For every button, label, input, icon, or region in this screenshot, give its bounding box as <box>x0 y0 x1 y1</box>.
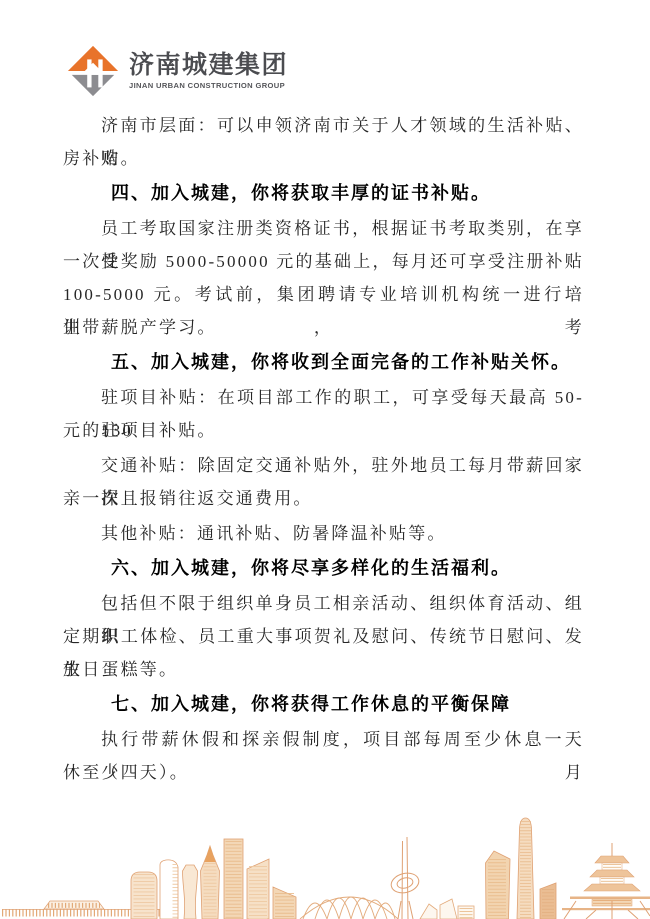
text-line: 生日蛋糕等。 <box>63 653 584 686</box>
section-heading: 五、加入城建，你将收到全面完备的工作补贴关怀。 <box>63 346 584 379</box>
text-line: 元的驻项目补贴。 <box>63 414 584 447</box>
paragraph: 包括但不限于组织单身员工相亲活动、组织体育活动、组织定期职工体检、员工重大事项贺… <box>63 587 584 686</box>
logo-text: 济南城建集团 JINAN URBAN CONSTRUCTION GROUP <box>129 51 288 91</box>
company-logo: 济南城建集团 JINAN URBAN CONSTRUCTION GROUP <box>66 44 288 98</box>
text-line: 定期职工体检、员工重大事项贺礼及慰问、传统节日慰问、发放 <box>63 620 584 653</box>
text-line: 其他补贴：通讯补贴、防暑降温补贴等。 <box>63 517 584 550</box>
text-line: 一次性奖励 5000-50000 元的基础上，每月还可享受注册补贴 <box>63 245 584 278</box>
text-line: 六、加入城建，你将尽享多样化的生活福利。 <box>63 552 584 585</box>
text-line: 亲一次且报销往返交通费用。 <box>63 482 584 515</box>
paragraph: 执行带薪休假和探亲假制度，项目部每周至少休息一天（月休至少四天）。 <box>63 723 584 789</box>
text-line: 房补贴。 <box>63 142 584 175</box>
text-line: 员工考取国家注册类资格证书，根据证书考取类别，在享受 <box>63 212 584 245</box>
company-name-zh: 济南城建集团 <box>129 51 288 80</box>
text-line: 七、加入城建，你将获得工作休息的平衡保障 <box>63 688 584 721</box>
low-buildings <box>420 899 474 919</box>
text-line: 执行带薪休假和探亲假制度，项目部每周至少休息一天（月 <box>63 723 584 756</box>
stadium-dome <box>300 897 398 919</box>
section-heading: 六、加入城建，你将尽享多样化的生活福利。 <box>63 552 584 585</box>
section-heading: 七、加入城建，你将获得工作休息的平衡保障 <box>63 688 584 721</box>
document-body: 济南市层面：可以申领济南市关于人才领域的生活补贴、购房补贴。四、加入城建，你将获… <box>63 109 584 789</box>
text-line: 包括但不限于组织单身员工相亲活动、组织体育活动、组织 <box>63 587 584 620</box>
paragraph: 济南市层面：可以申领济南市关于人才领域的生活补贴、购房补贴。 <box>63 109 584 175</box>
diamond-bridge-logo-icon <box>66 44 120 98</box>
city-skyline-illustration <box>0 809 650 919</box>
text-line: 驻项目补贴：在项目部工作的职工，可享受每天最高 50-130 <box>63 381 584 414</box>
ring-tower <box>389 837 421 919</box>
text-line: 五、加入城建，你将收到全面完备的工作补贴关怀。 <box>63 346 584 379</box>
paragraph: 员工考取国家注册类资格证书，根据证书考取类别，在享受一次性奖励 5000-500… <box>63 212 584 344</box>
company-name-en: JINAN URBAN CONSTRUCTION GROUP <box>129 80 288 91</box>
paragraph: 驻项目补贴：在项目部工作的职工，可享受每天最高 50-130元的驻项目补贴。 <box>63 381 584 447</box>
text-line: 济南市层面：可以申领济南市关于人才领域的生活补贴、购 <box>63 109 584 142</box>
pagoda <box>562 843 650 919</box>
paragraph: 交通补贴：除固定交通补贴外，驻外地员工每月带薪回家探亲一次且报销往返交通费用。 <box>63 449 584 515</box>
section-heading: 四、加入城建，你将获取丰厚的证书补贴。 <box>63 177 584 210</box>
text-line: 100-5000 元。考试前，集团聘请专业培训机构统一进行培训，考 <box>63 278 584 311</box>
text-line: 交通补贴：除固定交通补贴外，驻外地员工每月带薪回家探 <box>63 449 584 482</box>
text-line: 四、加入城建，你将获取丰厚的证书补贴。 <box>63 177 584 210</box>
paragraph: 其他补贴：通讯补贴、防暑降温补贴等。 <box>63 517 584 550</box>
